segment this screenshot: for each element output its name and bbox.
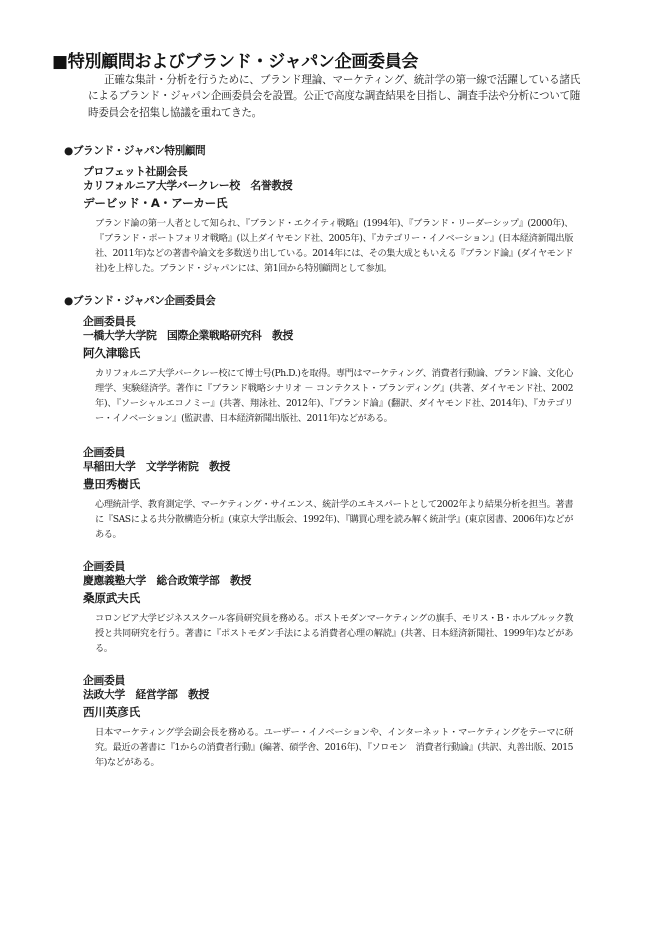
section-heading-planning-committee: ●ブランド・ジャパン企画委員会 bbox=[64, 293, 215, 308]
member-bio: ブランド論の第一人者として知られ、『ブランド・エクイティ戦略』(1994年)、『… bbox=[95, 216, 573, 276]
member-kuwahara: 企画委員 慶應義塾大学 総合政策学部 教授 桑原武夫氏 コロンビア大学ビジネスス… bbox=[83, 560, 578, 656]
member-name: 阿久津聡氏 bbox=[83, 345, 578, 361]
member-role: 企画委員長 bbox=[83, 315, 578, 329]
member-bio: コロンビア大学ビジネススクール客員研究員を務める。ポストモダンマーケティングの旗… bbox=[95, 611, 573, 656]
intro-paragraph: 正確な集計・分析を行うために、ブランド理論、マーケティング、統計学の第一線で活躍… bbox=[88, 72, 580, 121]
member-name: 豊田秀樹氏 bbox=[83, 476, 578, 492]
member-affiliation: 法政大学 経営学部 教授 bbox=[83, 688, 578, 702]
member-akutsu: 企画委員長 一橋大学大学院 国際企業戦略研究科 教授 阿久津聡氏 カリフォルニア… bbox=[83, 315, 578, 426]
member-bio: カリフォルニア大学バークレー校にて博士号(Ph.D.)を取得。専門はマーケティン… bbox=[95, 366, 573, 426]
member-role: プロフェット社副会長 bbox=[83, 165, 578, 179]
member-aaker: プロフェット社副会長 カリフォルニア大学バークレー校 名誉教授 デービッド・A・… bbox=[83, 165, 578, 276]
page-title: ■特別顧問およびブランド・ジャパン企画委員会 bbox=[52, 47, 418, 72]
member-role: 企画委員 bbox=[83, 560, 578, 574]
member-name: デービッド・A・アーカー氏 bbox=[83, 195, 578, 211]
member-bio: 日本マーケティング学会副会長を務める。ユーザー・イノベーションや、インターネット… bbox=[95, 725, 573, 770]
member-affiliation: 早稲田大学 文学学術院 教授 bbox=[83, 460, 578, 474]
member-affiliation: 慶應義塾大学 総合政策学部 教授 bbox=[83, 574, 578, 588]
member-name: 桑原武夫氏 bbox=[83, 590, 578, 606]
member-affiliation: カリフォルニア大学バークレー校 名誉教授 bbox=[83, 179, 578, 193]
member-nishikawa: 企画委員 法政大学 経営学部 教授 西川英彦氏 日本マーケティング学会副会長を務… bbox=[83, 674, 578, 770]
member-role: 企画委員 bbox=[83, 446, 578, 460]
member-name: 西川英彦氏 bbox=[83, 704, 578, 720]
section-heading-special-advisor: ●ブランド・ジャパン特別顧問 bbox=[64, 143, 205, 158]
member-affiliation: 一橋大学大学院 国際企業戦略研究科 教授 bbox=[83, 329, 578, 343]
member-toyoda: 企画委員 早稲田大学 文学学術院 教授 豊田秀樹氏 心理統計学、教育測定学、マー… bbox=[83, 446, 578, 542]
member-bio: 心理統計学、教育測定学、マーケティング・サイエンス、統計学のエキスパートとして2… bbox=[95, 497, 573, 542]
member-role: 企画委員 bbox=[83, 674, 578, 688]
